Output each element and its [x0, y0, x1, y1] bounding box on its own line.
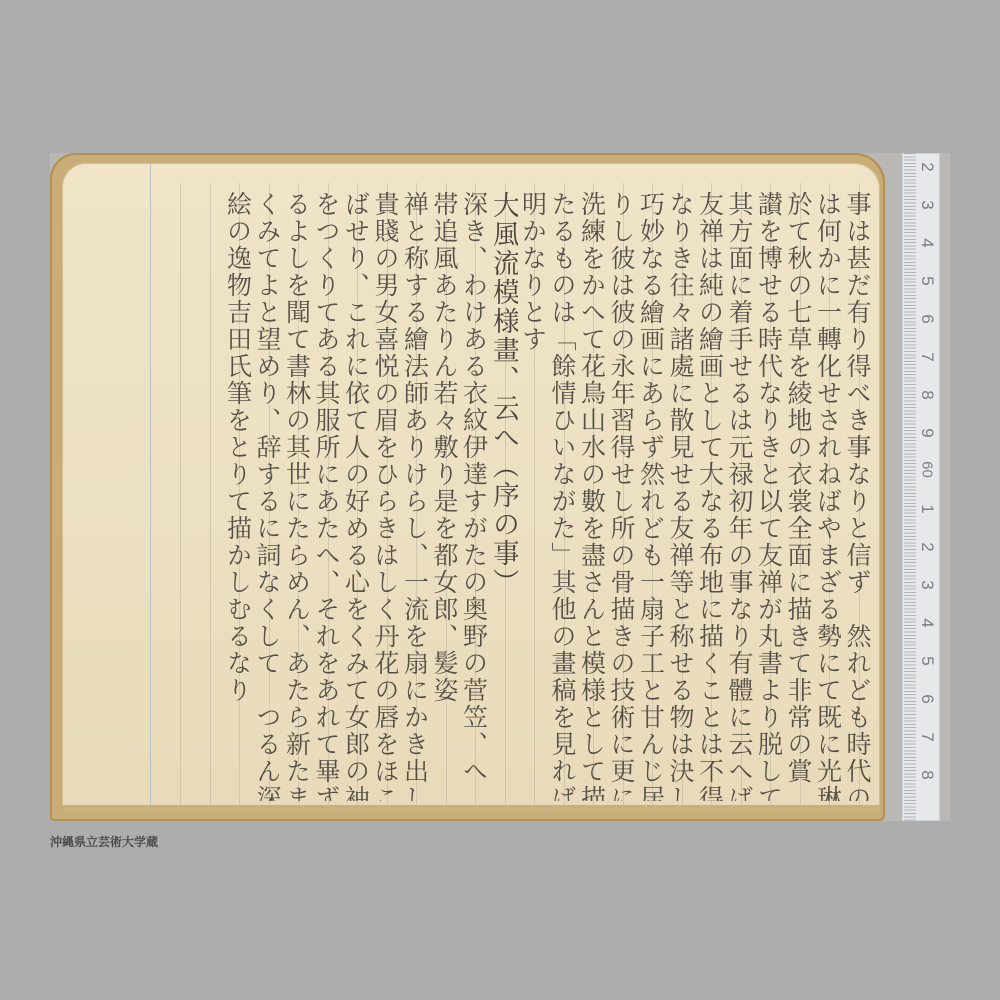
ruler-number: 9	[917, 420, 937, 446]
ruler-number: 4	[917, 610, 937, 636]
ruler-ticks	[904, 153, 916, 821]
text-column: りし彼は彼の永年習得せし所の骨描きの技術に更に	[607, 191, 637, 801]
text-column: たるものは「餘情ひいながた」其他の畫稿を見れば	[548, 191, 578, 801]
text-column: 明かなりとす	[518, 191, 548, 801]
page-bottom-edge	[62, 805, 880, 813]
text-column: 巧妙なる繪画にあらず然れども一扇子工と甘んじ居らざ	[636, 191, 666, 801]
ruler-number: 4	[917, 230, 937, 256]
handwritten-text: 事は甚だ有り得べき事なりと信ず 然れども時代の要求 は何かに一轉化せされねばやま…	[182, 191, 872, 801]
text-column: 帯追風あたりん若々敷り是を都女郎、髪姿	[430, 191, 460, 801]
ruler-number: 6	[917, 686, 937, 712]
ruler-number: 3	[917, 192, 937, 218]
notebook-page: 事は甚だ有り得べき事なりと信ず 然れども時代の要求 は何かに一轉化せされねばやま…	[62, 163, 880, 813]
ruler-number: 7	[917, 344, 937, 370]
ruler-number: 6	[917, 306, 937, 332]
text-column: なりき往々諸處に散見せる友禅等と称せる物は決して	[666, 191, 696, 801]
margin-line	[150, 163, 151, 813]
section-title-column: 大風流模様畫、云へ（序の事）	[489, 191, 519, 801]
text-column: 貴賤の男女喜悦の眉をひらきはしく丹花の唇をほころ	[371, 191, 401, 801]
text-column: 友禅は純の繪画として大なる布地に描くことは不得意	[695, 191, 725, 801]
manuscript-photo: 事は甚だ有り得べき事なりと信ず 然れども時代の要求 は何かに一轉化せされねばやま…	[50, 153, 950, 821]
text-column: ばせり、これに依て人の好める心をくみて女郎の袖の模様	[341, 191, 371, 801]
text-column: 深き、わけある衣紋伊達すがたの奥野の菅笠、へ 當代太平の花子風、人の心の色	[459, 191, 489, 801]
ruler-number: 8	[917, 382, 937, 408]
collection-caption: 沖縄県立芸術大学蔵	[50, 833, 158, 850]
text-column: 禅と称する繪法師ありけらし、一流を扇にかき出しかば	[400, 191, 430, 801]
text-column: 其方面に着手せるは元禄初年の事なり有體に云へば	[725, 191, 755, 801]
text-column: 事は甚だ有り得べき事なりと信ず 然れども時代の要求	[843, 191, 873, 801]
ruler-number: 5	[917, 268, 937, 294]
text-column: 洗練をかへて花鳥山水の數を盡さんと模様として描き	[577, 191, 607, 801]
measuring-ruler: 234567896012345678	[902, 153, 940, 821]
ruled-line	[180, 183, 181, 813]
text-column: 於て秋の七草を綾地の衣裳全面に描きて非常の賞	[784, 191, 814, 801]
text-column: をつくりてある其服所にあたへ、それをあれて畢ず	[312, 191, 342, 801]
text-column: は何かに一轉化せされねばやまざる勢にて既に光琳が江戸に	[813, 191, 843, 801]
text-column: くみてよと望めり、辞するに詞なくして つるん深せ	[253, 191, 283, 801]
text-column: 絵の逸物吉田氏筆をとりて描かしむるなり	[223, 191, 253, 801]
text-column: るよしを聞て書林の其世にたらめん、あたら新たまた	[282, 191, 312, 801]
text-column: 讃を博せる時代なりきと以て友禅が丸書より脱して	[754, 191, 784, 801]
ruler-number: 8	[917, 762, 937, 788]
notebook-page-stack: 事は甚だ有り得べき事なりと信ず 然れども時代の要求 は何かに一轉化せされねばやま…	[50, 153, 885, 821]
ruler-number: 60	[919, 457, 936, 483]
ruler-number: 1	[917, 496, 937, 522]
ruler-number: 3	[917, 572, 937, 598]
ruler-number: 2	[917, 534, 937, 560]
ruler-number: 2	[917, 154, 937, 180]
ruler-number: 7	[917, 724, 937, 750]
ruler-number: 5	[917, 648, 937, 674]
